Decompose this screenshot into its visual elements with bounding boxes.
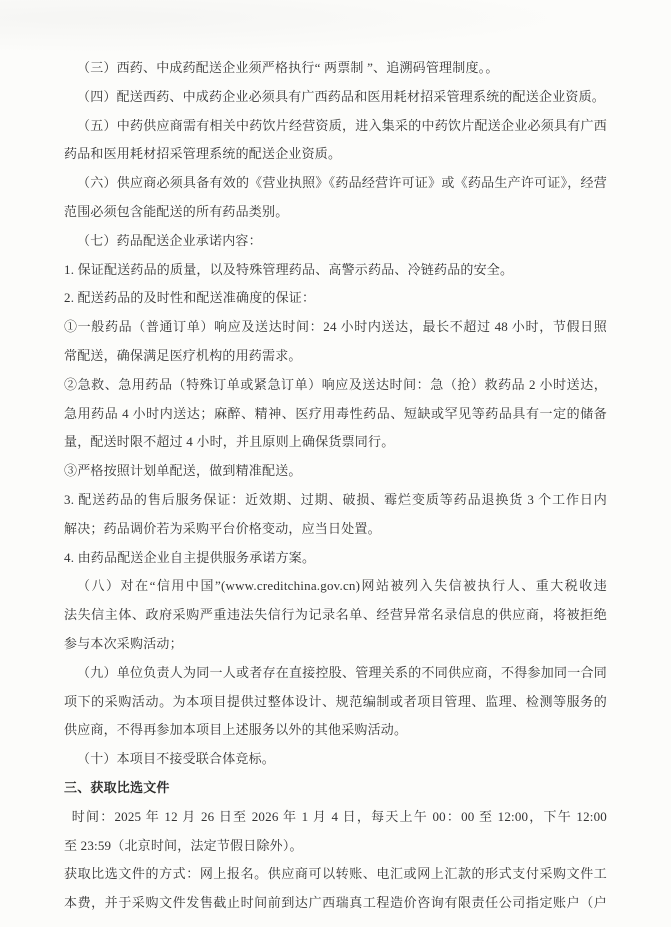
subitem-2-line: ②急救、急用药品（特殊订单或紧急订单）响应及送达时间：急（抢）救药品 2 小时送… — [64, 371, 607, 400]
item-3-line: 3. 配送药品的售后服务保证：近效期、过期、破损、霉烂变质等药品退换货 3 个工… — [64, 486, 607, 515]
subitem-2-line: 急用药品 4 小时内送达；麻醉、精神、医疗用毒性药品、短缺或罕见等药品具有一定的… — [64, 400, 607, 429]
obtain-time-line: 至 23:59（北京时间，法定节假日除外）。 — [64, 832, 607, 861]
item-2-line: 2. 配送药品的及时性和配送准确度的保证： — [64, 284, 607, 313]
item-4-line: 4. 由药品配送企业自主提供服务承诺方案。 — [64, 544, 607, 573]
clause-6-line: 范围必须包含能配送的所有药品类别。 — [64, 198, 607, 227]
obtain-method-line: 获取比选文件的方式：网上报名。供应商可以转账、电汇或网上汇款的形式支付采购文件工 — [64, 860, 607, 889]
obtain-time-line: 时间：2025 年 12 月 26 日至 2026 年 1 月 4 日，每天上午… — [64, 803, 607, 832]
clause-9-line: 供应商，不得再参加本项目上述服务以外的其他采购活动。 — [64, 716, 607, 745]
clause-8-line: （八）对在“信用中国”(www.creditchina.gov.cn)网站被列入… — [64, 572, 607, 601]
clause-6-line: （六）供应商必须具备有效的《营业执照》《药品经营许可证》或《药品生产许可证》，经… — [64, 169, 607, 198]
clause-5-line: （五）中药供应商需有相关中药饮片经营资质，进入集采的中药饮片配送企业必须具有广西 — [64, 112, 607, 141]
obtain-method-line: 本费，并于采购文件发售截止时间前到达广西瑞真工程造价咨询有限责任公司指定账户（户 — [64, 889, 607, 918]
subitem-1-line: ①一般药品（普通订单）响应及送达时间：24 小时内送达，最长不超过 48 小时，… — [64, 313, 607, 342]
clause-5-line: 药品和医用耗材招采管理系统的配送企业资质。 — [64, 140, 607, 169]
document-body: （三）西药、中成药配送企业须严格执行“ 两票制 ”、追溯码管理制度。。 （四）配… — [64, 54, 607, 918]
subitem-2-line: 量，配送时限不超过 4 小时，并且原则上确保货票同行。 — [64, 428, 607, 457]
clause-8-line: 法失信主体、政府采购严重违法失信行为记录名单、经营异常名录信息的供应商，将被拒绝 — [64, 601, 607, 630]
clause-9-line: 项下的采购活动。为本项目提供过整体设计、规范编制或者项目管理、监理、检测等服务的 — [64, 688, 607, 717]
clause-8-line: 参与本次采购活动； — [64, 630, 607, 659]
document-page: （三）西药、中成药配送企业须严格执行“ 两票制 ”、追溯码管理制度。。 （四）配… — [0, 0, 671, 927]
subitem-1-line: 常配送，确保满足医疗机构的用药需求。 — [64, 342, 607, 371]
clause-9-line: （九）单位负责人为同一人或者存在直接控股、管理关系的不同供应商，不得参加同一合同 — [64, 659, 607, 688]
clause-7-line: （七）药品配送企业承诺内容： — [64, 227, 607, 256]
subitem-3-line: ③严格按照计划单配送，做到精准配送。 — [64, 457, 607, 486]
clause-3-line: （三）西药、中成药配送企业须严格执行“ 两票制 ”、追溯码管理制度。。 — [64, 54, 607, 83]
section-heading-obtain-documents: 三、获取比选文件 — [64, 774, 607, 803]
clause-4-line: （四）配送西药、中成药企业必须具有广西药品和医用耗材招采管理系统的配送企业资质。 — [64, 83, 607, 112]
item-1-line: 1. 保证配送药品的质量，以及特殊管理药品、高警示药品、冷链药品的安全。 — [64, 256, 607, 285]
clause-10-line: （十）本项目不接受联合体竞标。 — [64, 745, 607, 774]
item-3-line: 解决；药品调价若为采购平台价格变动，应当日处置。 — [64, 515, 607, 544]
